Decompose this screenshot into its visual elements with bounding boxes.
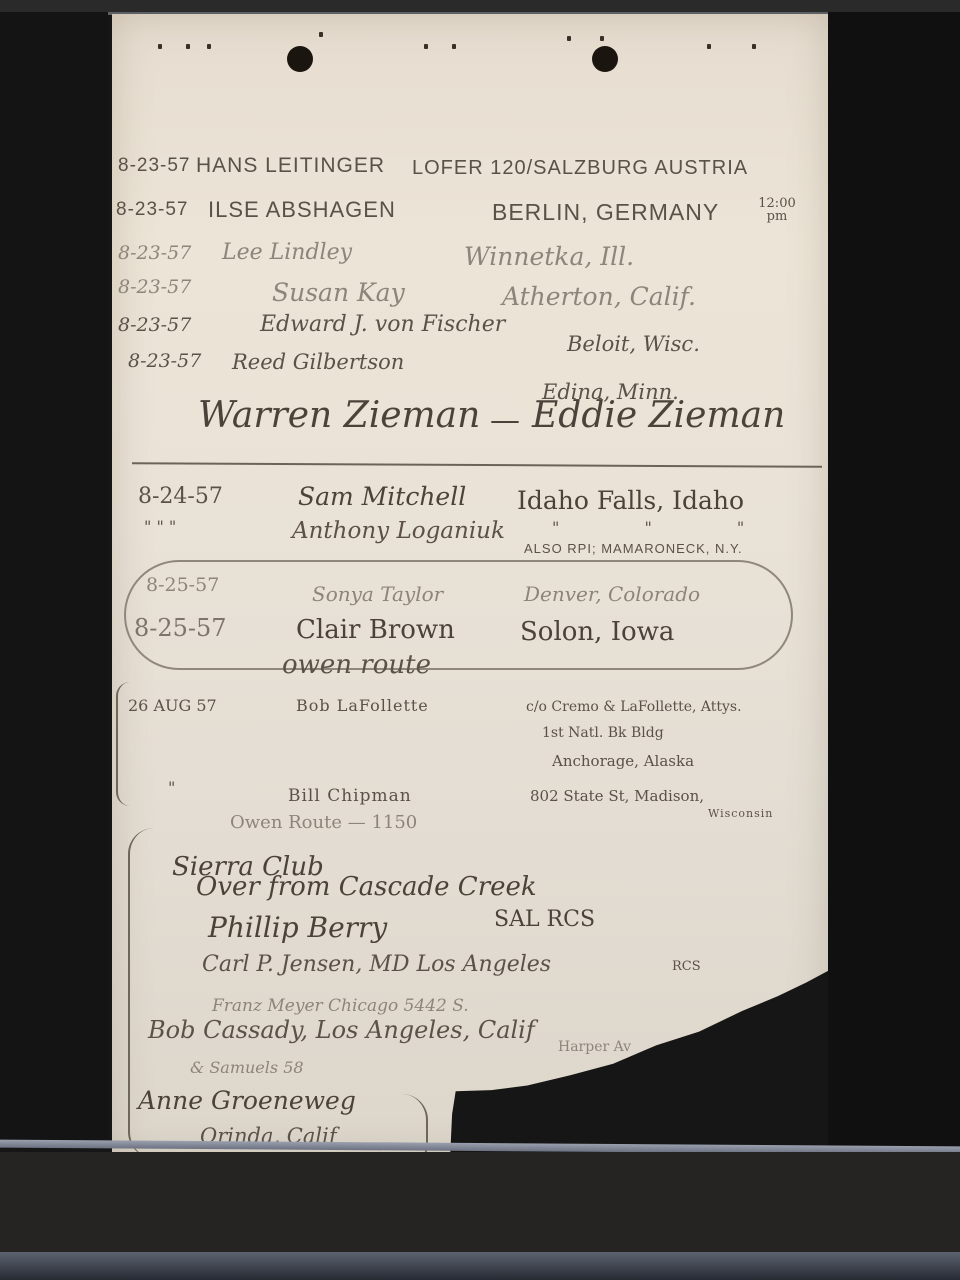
entry-date: 8-23-57: [118, 156, 191, 175]
address-line: 1st Natl. Bk Bldg: [542, 726, 664, 740]
member-name: Bob Cassady, Los Angeles, Calif: [148, 1018, 535, 1042]
entry-date: 8-23-57: [116, 200, 189, 219]
address-line: c/o Cremo & LaFollette, Attys.: [526, 700, 742, 714]
entry-date: 8-25-57: [134, 616, 227, 640]
entry-place: Denver, Colorado: [524, 584, 700, 604]
binder-hole-right: [592, 46, 618, 72]
entry-name: Sam Mitchell: [298, 484, 466, 509]
entry-name: Lee Lindley: [222, 242, 352, 264]
entry-name: Bill Chipman: [288, 788, 412, 805]
perforation: [707, 44, 711, 49]
entry-name: HANS LEITINGER: [196, 155, 385, 176]
entry-name: Edward J. von Fischer: [260, 314, 505, 336]
route-note: Owen Route — 1150: [230, 814, 417, 832]
group-subheading: Over from Cascade Creek: [196, 874, 537, 900]
ditto-mark: ": [168, 780, 175, 796]
ditto-mark: " " ": [552, 520, 784, 536]
perforation: [567, 36, 571, 41]
member-tag: RCS: [672, 960, 701, 973]
entry-place: BERLIN, GERMANY: [492, 201, 719, 224]
member-tag: SAL RCS: [494, 909, 595, 931]
signature-dash: —: [490, 406, 520, 436]
black-mount-right: [828, 12, 960, 1147]
signature-left: Warren Zieman: [198, 398, 480, 434]
entry-name: Bob LaFollette: [296, 698, 429, 714]
entry-name: Clair Brown: [296, 617, 455, 643]
perforation: [319, 32, 323, 37]
member-name: & Samuels 58: [190, 1060, 304, 1076]
binder-hole-left: [287, 46, 313, 72]
black-mount-left: [0, 12, 108, 1147]
member-tag: Harper Av: [558, 1040, 631, 1054]
top-frame-band: [0, 0, 960, 12]
entry-place: Idaho Falls, Idaho: [517, 488, 744, 513]
entry-time-note: 12:00 pm: [752, 197, 802, 223]
address-line: 802 State St, Madison,: [530, 789, 704, 804]
entry-name: Reed Gilbertson: [232, 352, 404, 373]
entry-place: Atherton, Calif.: [502, 284, 696, 309]
entry-date: 8-23-57: [118, 316, 191, 335]
entry-note: ALSO RPI; MAMARONECK, N.Y.: [524, 542, 743, 555]
entry-date: 8-24-57: [138, 486, 223, 508]
bottom-sleeve-edge: [0, 1252, 960, 1280]
perforation: [186, 44, 190, 49]
member-name: Anne Groeneweg: [138, 1088, 356, 1113]
entry-date: 8-23-57: [118, 278, 191, 297]
entry-name: Susan Kay: [272, 280, 405, 305]
perforation: [207, 44, 211, 49]
member-name: Carl P. Jensen, MD Los Angeles: [202, 954, 551, 976]
member-name: Phillip Berry: [208, 914, 387, 942]
perforation: [752, 44, 756, 49]
signature-right: Eddie Zieman: [532, 398, 785, 434]
entry-place: Winnetka, Ill.: [464, 244, 634, 269]
entry-date: 8-25-57: [146, 576, 219, 595]
lower-mount-board: [0, 1152, 960, 1252]
entry-place: Beloit, Wisc.: [567, 334, 700, 355]
entry-date: 26 AUG 57: [128, 698, 217, 714]
perforation: [452, 44, 456, 49]
entry-place: LOFER 120/SALZBURG AUSTRIA: [412, 158, 748, 178]
entry-date: 8-23-57: [118, 244, 191, 263]
perforation: [158, 44, 162, 49]
ditto-mark: " " ": [144, 519, 176, 535]
entry-name: Sonya Taylor: [312, 584, 443, 604]
section-divider: [132, 462, 822, 468]
entry-name: ILSE ABSHAGEN: [208, 199, 396, 221]
route-note: owen route: [282, 652, 431, 678]
address-line: Anchorage, Alaska: [552, 754, 694, 769]
entry-place: Solon, Iowa: [520, 619, 674, 645]
member-name: Franz Meyer Chicago 5442 S.: [212, 998, 469, 1015]
entry-name: Anthony Loganiuk: [292, 520, 505, 543]
perforation: [600, 36, 604, 41]
perforation: [424, 44, 428, 49]
entry-date: 8-23-57: [128, 352, 201, 371]
address-line: Wisconsin: [708, 808, 773, 819]
register-page: 8-23-57 HANS LEITINGER LOFER 120/SALZBUR…: [112, 14, 828, 1160]
